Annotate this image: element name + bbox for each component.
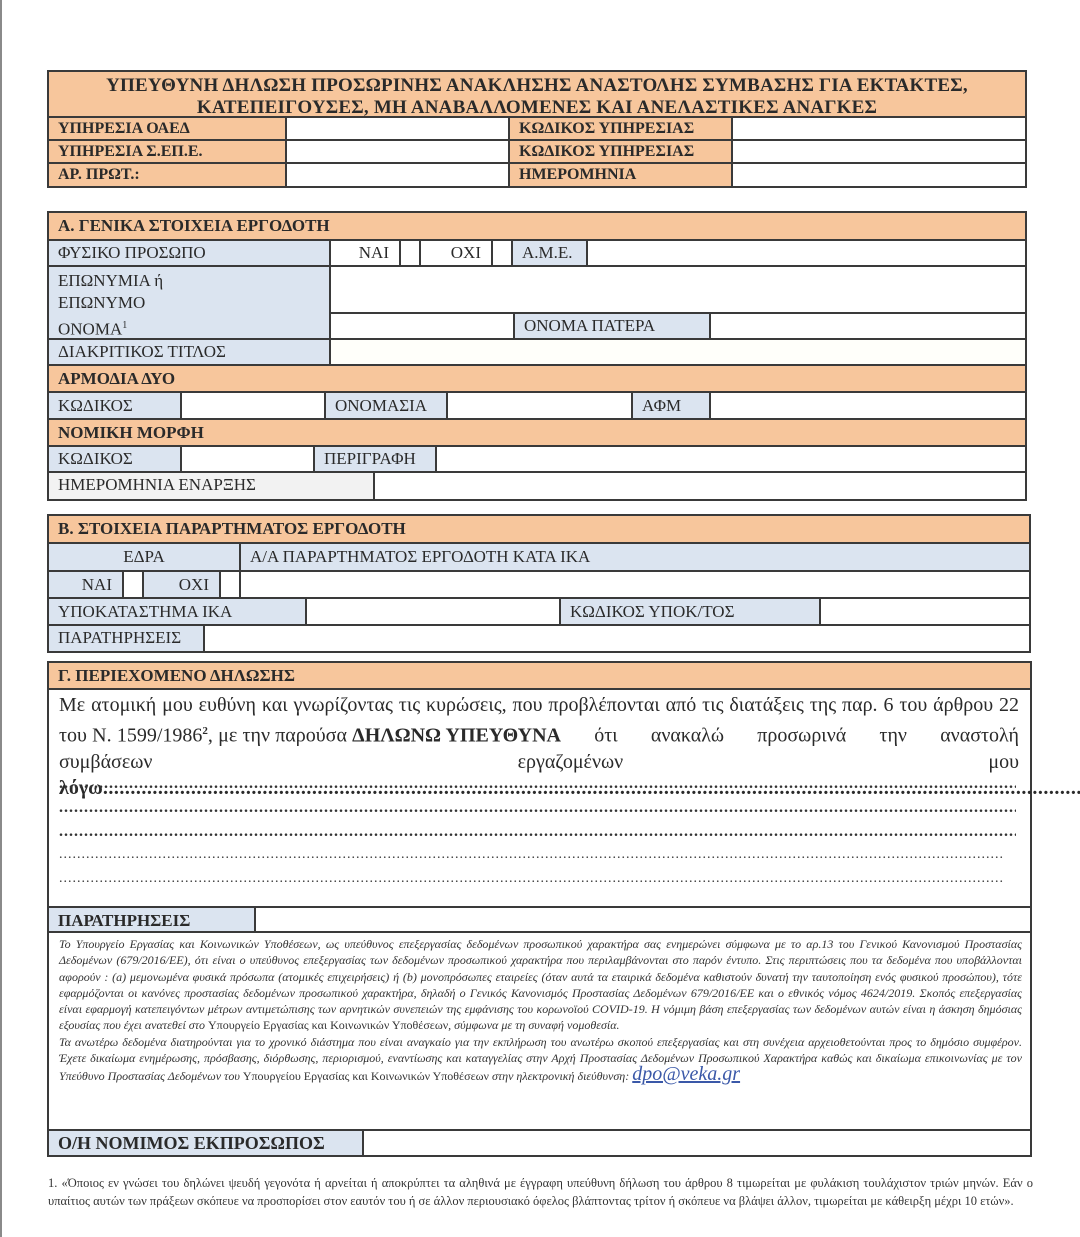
label-branch-code: ΚΩΔΙΚΟΣ ΥΠΟΚ/ΤΟΣ	[561, 599, 821, 626]
doy-designation-field[interactable]	[448, 393, 633, 420]
label-seat-no: ΟΧΙ	[144, 572, 221, 599]
label-sepe-service: ΥΠΗΡΕΣΙΑ Σ.ΕΠ.Ε.	[49, 141, 287, 164]
label-distinctive-title: ΔΙΑΚΡΙΤΙΚΟΣ ΤΙΤΛΟΣ	[49, 340, 331, 366]
header-table: ΥΠΕΥΘΥΝΗ ΔΗΛΩΣΗ ΠΡΟΣΩΡΙΝΗΣ ΑΝΑΚΛΗΣΗΣ ΑΝΑ…	[47, 70, 1027, 188]
label-protocol-no: ΑΡ. ΠΡΩΤ.:	[49, 164, 287, 186]
form-title: ΥΠΕΥΘΥΝΗ ΔΗΛΩΣΗ ΠΡΟΣΩΡΙΝΗΣ ΑΝΑΚΛΗΣΗΣ ΑΝΑ…	[49, 72, 1025, 118]
footnote-ref-1: 1	[122, 320, 127, 331]
legal-representative-field[interactable]	[364, 1129, 1030, 1155]
label-legal-form-code: ΚΩΔΙΚΟΣ	[49, 447, 182, 473]
oaed-service-field[interactable]	[287, 118, 510, 141]
reason-line-4[interactable]: ........................................…	[59, 848, 1004, 862]
branch-remarks-field[interactable]	[205, 626, 1029, 651]
start-date-field[interactable]	[375, 473, 1025, 499]
label-afm: ΑΦΜ	[633, 393, 711, 420]
sepe-service-field[interactable]	[287, 141, 510, 164]
surname-label-line-1: ΕΠΩΝΥΜΙΑ ή	[58, 271, 163, 290]
label-natural-person: ΦΥΣΙΚΟ ΠΡΟΣΩΠΟ	[49, 241, 331, 267]
section-b-title: Β. ΣΤΟΙΧΕΙΑ ΠΑΡΑΡΤΗΜΑΤΟΣ ΕΡΓΟΔΟΤΗ	[49, 516, 1029, 544]
label-service-code-2: ΚΩΔΙΚΟΣ ΥΠΗΡΕΣΙΑΣ	[510, 141, 733, 164]
declaration-remarks-field[interactable]	[256, 906, 1030, 933]
competent-doy-header: ΑΡΜΟΔΙΑ ΔΥΟ	[49, 366, 1025, 393]
doy-code-field[interactable]	[182, 393, 326, 420]
label-seat: ΕΔΡΑ	[49, 544, 241, 572]
seat-yes-checkbox[interactable]	[124, 572, 144, 599]
branch-code-field[interactable]	[821, 599, 1029, 626]
privacy-notice: Το Υπουργείο Εργασίας και Κοινωνικών Υπο…	[59, 936, 1022, 1085]
label-ika-branch: ΥΠΟΚΑΤΑΣΤΗΜΑ ΙΚΑ	[49, 599, 307, 626]
reason-line-1[interactable]: ........................................…	[59, 777, 1016, 791]
service-code-2-field[interactable]	[733, 141, 1025, 164]
label-surname: ΕΠΩΝΥΜΙΑ ή ΕΠΩΝΥΜΟ	[49, 267, 331, 314]
section-a: Α. ΓΕΝΙΚΑ ΣΤΟΙΧΕΙΑ ΕΡΓΟΔΟΤΗ ΦΥΣΙΚΟ ΠΡΟΣΩ…	[47, 211, 1027, 501]
legal-form-description-field[interactable]	[437, 447, 1025, 473]
label-branch-no: Α/Α ΠΑΡΑΡΤΗΜΑΤΟΣ ΕΡΓΟΔΟΤΗ ΚΑΤΑ ΙΚΑ	[241, 544, 1029, 572]
natural-person-no-checkbox[interactable]	[493, 241, 513, 267]
declaration-part-2: , με την παρούσα	[208, 725, 352, 747]
label-natural-person-yes: ΝΑΙ	[331, 241, 401, 267]
declaration-bold: ΔΗΛΩΝΩ ΥΠΕΥΘΥΝΑ	[352, 725, 561, 747]
label-oaed-service: ΥΠΗΡΕΣΙΑ ΟΑΕΔ	[49, 118, 287, 141]
legal-form-header: ΝΟΜΙΚΗ ΜΟΡΦΗ	[49, 420, 1025, 447]
surname-field[interactable]	[331, 267, 1025, 314]
reason-line-3[interactable]: ........................................…	[59, 825, 1016, 839]
name-label-text: ΟΝΟΜΑ	[58, 320, 122, 339]
privacy-text-4: στην ηλεκτρονική διεύθυνση:	[489, 1069, 632, 1083]
name-field[interactable]	[331, 314, 515, 340]
label-legal-representative: Ο/Η ΝΟΜΙΜΟΣ ΕΚΠΡΟΣΩΠΟΣ	[49, 1129, 364, 1155]
label-start-date: ΗΜΕΡΟΜΗΝΙΑ ΕΝΑΡΞΗΣ	[49, 473, 375, 499]
section-c: Γ. ΠΕΡΙΕΧΟΜΕΝΟ ΔΗΛΩΣΗΣ Με ατομική μου ευ…	[47, 661, 1032, 1157]
label-natural-person-no: ΟΧΙ	[421, 241, 493, 267]
reason-line-5[interactable]: ........................................…	[59, 872, 1004, 886]
date-field[interactable]	[733, 164, 1025, 186]
title-line-1: ΥΠΕΥΘΥΝΗ ΔΗΛΩΣΗ ΠΡΟΣΩΡΙΝΗΣ ΑΝΑΚΛΗΣΗΣ ΑΝΑ…	[106, 75, 968, 96]
section-a-title: Α. ΓΕΝΙΚΑ ΣΤΟΙΧΕΙΑ ΕΡΓΟΔΟΤΗ	[49, 213, 1025, 241]
page-edge	[0, 0, 2, 1237]
service-code-1-field[interactable]	[733, 118, 1025, 141]
surname-label-line-2: ΕΠΩΝΥΜΟ	[58, 293, 145, 312]
footnote-1: 1. «Όποιος εν γνώσει του δηλώνει ψευδή γ…	[48, 1174, 1033, 1210]
reason-line-2[interactable]: ........................................…	[59, 801, 1016, 815]
section-c-title: Γ. ΠΕΡΙΕΧΟΜΕΝΟ ΔΗΛΩΣΗΣ	[49, 663, 1030, 690]
seat-no-checkbox[interactable]	[221, 572, 241, 599]
label-branch-remarks: ΠΑΡΑΤΗΡΗΣΕΙΣ	[49, 626, 205, 651]
father-name-field[interactable]	[711, 314, 1025, 340]
privacy-text-2: , σύμφωνα με τη συναφή νομοθεσία.	[448, 1018, 619, 1032]
ame-field[interactable]	[588, 241, 1025, 267]
ika-branch-field[interactable]	[307, 599, 561, 626]
protocol-no-field[interactable]	[287, 164, 510, 186]
label-legal-form-description: ΠΕΡΙΓΡΑΦΗ	[315, 447, 437, 473]
label-service-code-1: ΚΩΔΙΚΟΣ ΥΠΗΡΕΣΙΑΣ	[510, 118, 733, 141]
title-line-2: ΚΑΤΕΠΕΙΓΟΥΣΕΣ, ΜΗ ΑΝΑΒΑΛΛΟΜΕΝΕΣ ΚΑΙ ΑΝΕΛ…	[197, 97, 877, 118]
distinctive-title-field[interactable]	[331, 340, 1025, 366]
label-father-name: ΟΝΟΜΑ ΠΑΤΕΡΑ	[515, 314, 711, 340]
natural-person-yes-checkbox[interactable]	[401, 241, 421, 267]
privacy-ministry: Υπουργείο Εργασίας και Κοινωνικών Υποθέσ…	[208, 1018, 448, 1032]
label-seat-yes: ΝΑΙ	[49, 572, 124, 599]
privacy-ministry-2: Υπουργείου Εργασίας και Κοινωνικών Υποθέ…	[243, 1069, 489, 1083]
branch-no-field[interactable]	[241, 572, 1029, 599]
label-date: ΗΜΕΡΟΜΗΝΙΑ	[510, 164, 733, 186]
section-b: Β. ΣΤΟΙΧΕΙΑ ΠΑΡΑΡΤΗΜΑΤΟΣ ΕΡΓΟΔΟΤΗ ΕΔΡΑ Α…	[47, 514, 1031, 653]
label-declaration-remarks: ΠΑΡΑΤΗΡΗΣΕΙΣ	[49, 906, 256, 933]
label-doy-designation: ΟΝΟΜΑΣΙΑ	[326, 393, 448, 420]
dpo-email-link[interactable]: dpo@veka.gr	[632, 1063, 740, 1085]
label-name: ΟΝΟΜΑ1	[49, 314, 331, 340]
afm-field[interactable]	[711, 393, 1025, 420]
legal-form-code-field[interactable]	[182, 447, 315, 473]
label-ame: Α.Μ.Ε.	[513, 241, 588, 267]
label-doy-code: ΚΩΔΙΚΟΣ	[49, 393, 182, 420]
